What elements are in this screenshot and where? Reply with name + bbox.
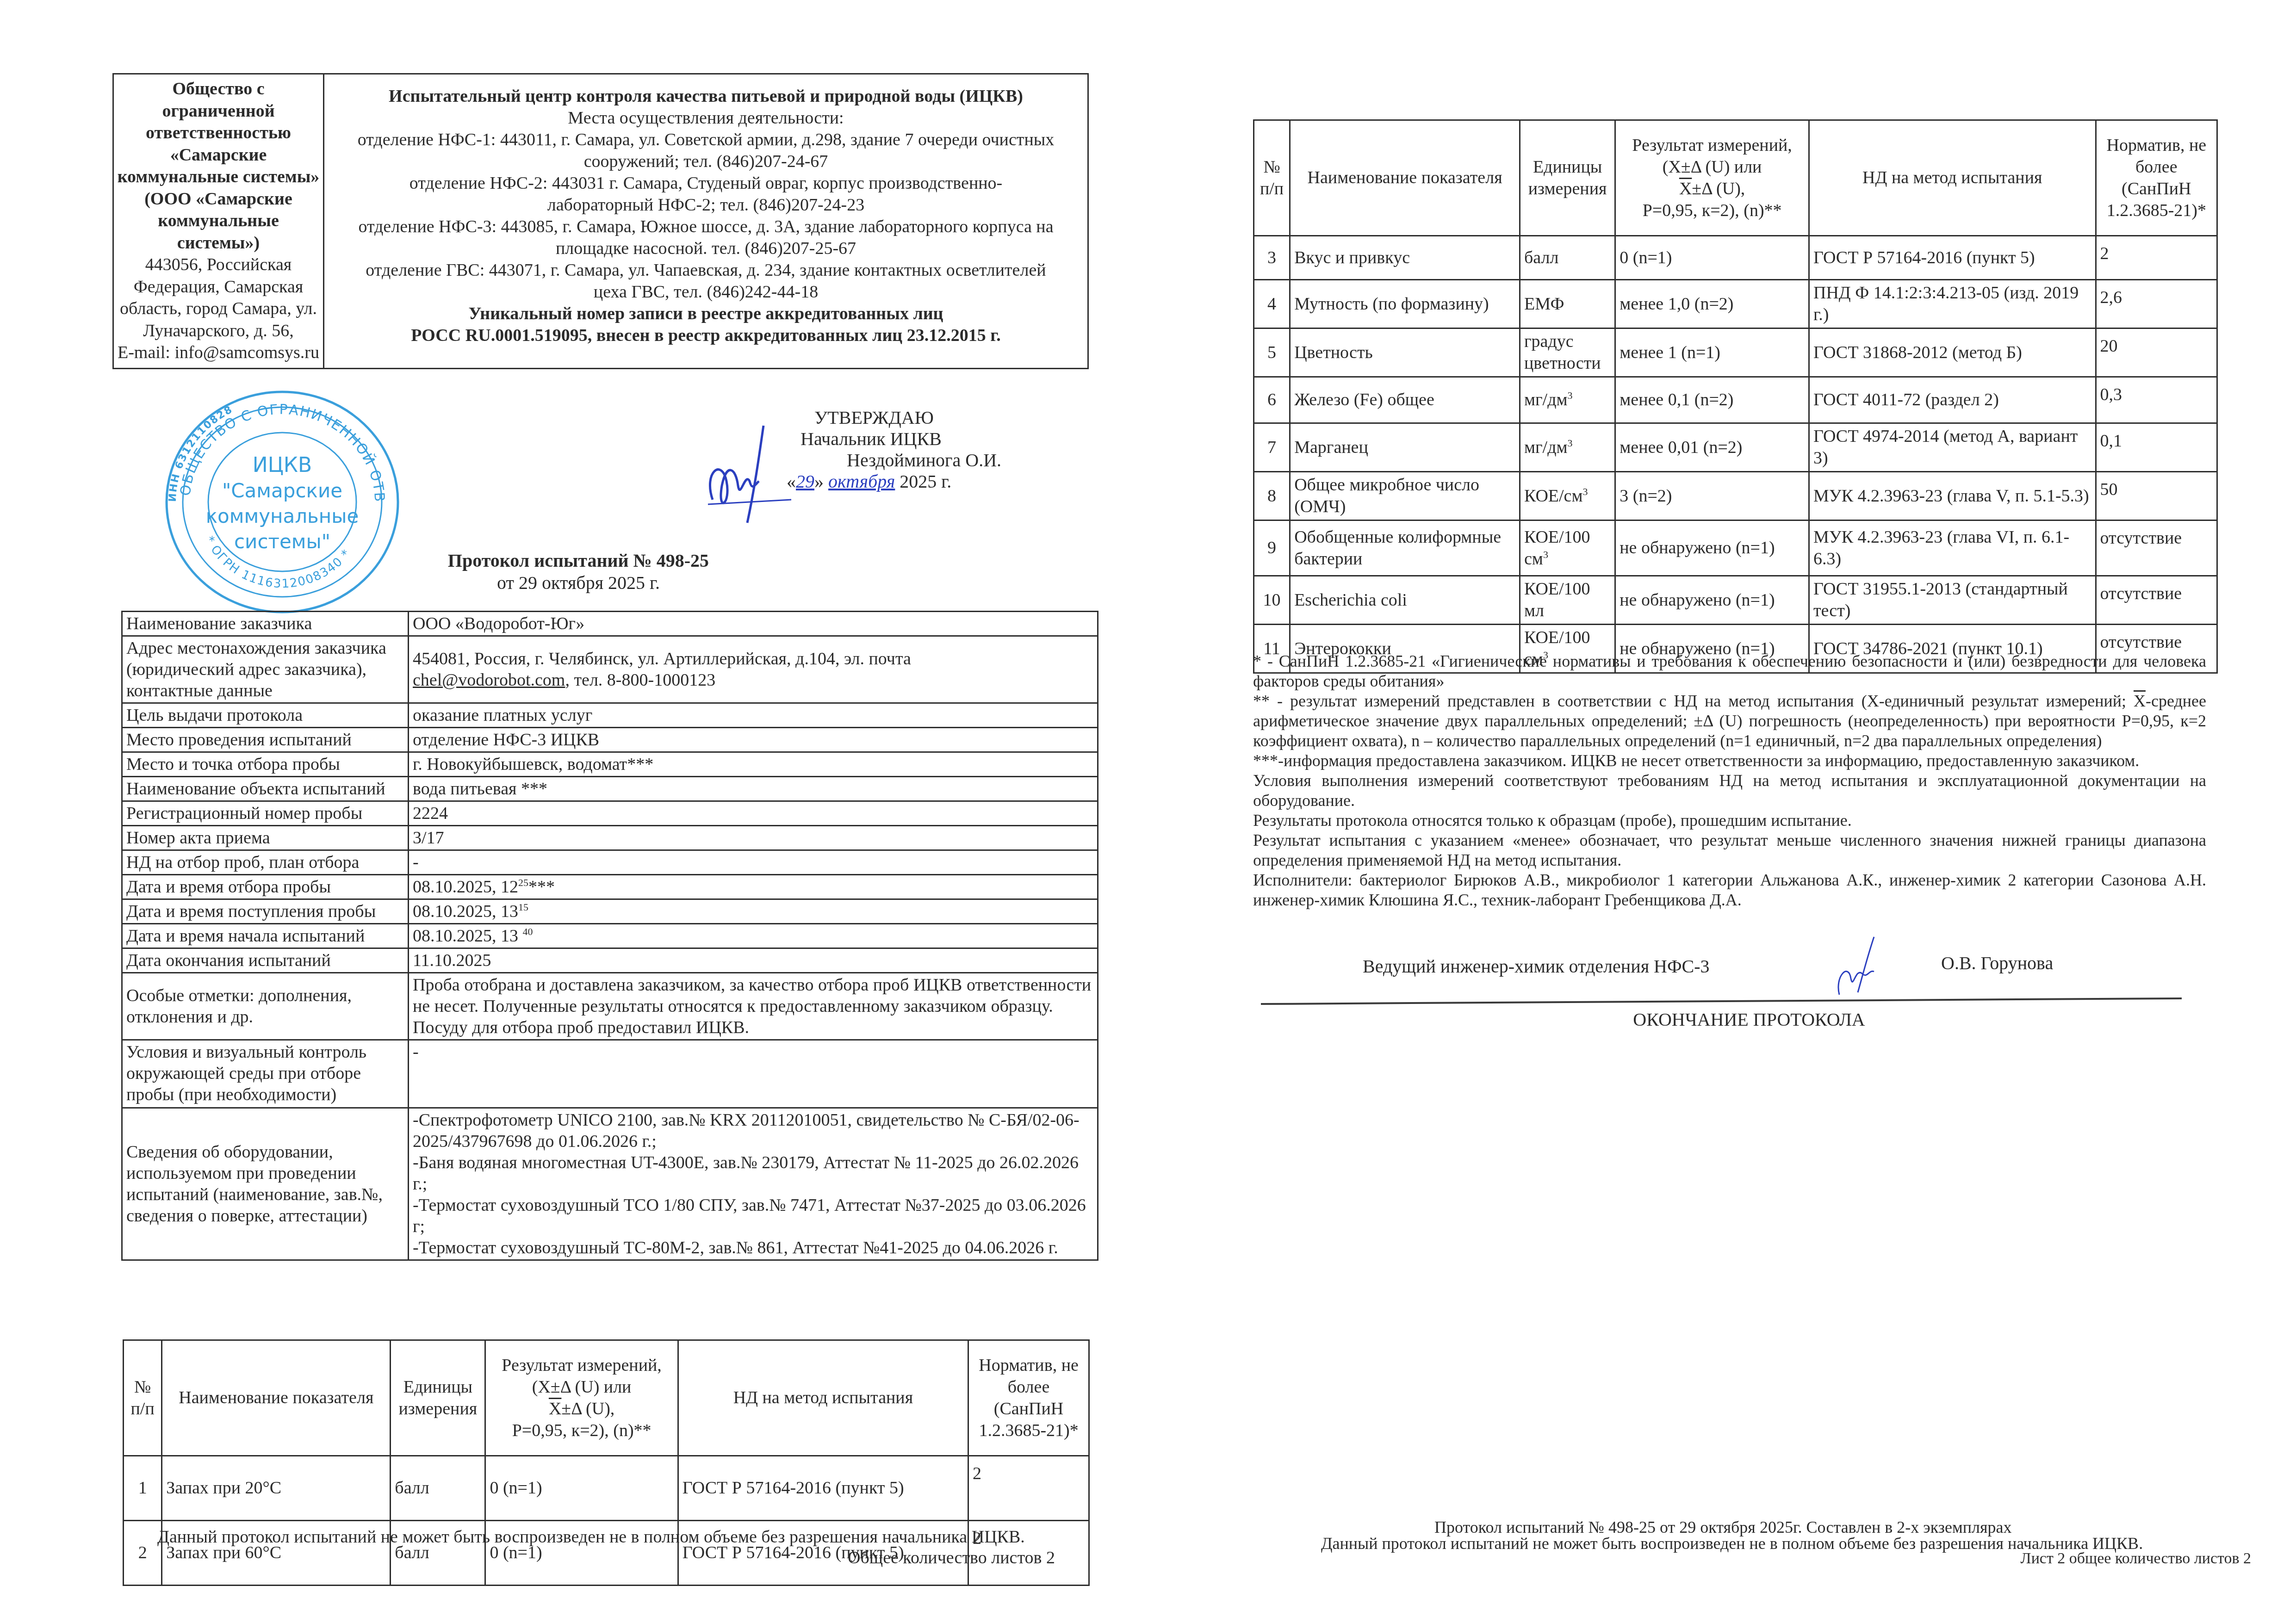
result: менее 1,0 (n=2) <box>1615 280 1809 328</box>
branch-nfs2: отделение НФС-2: 443031 г. Самара, Студе… <box>329 173 1083 216</box>
indicator-name: Марганец <box>1290 423 1520 472</box>
footnote-measurement: ** - результат измерений представлен в с… <box>1253 691 2206 751</box>
unit: градус цветности <box>1520 328 1615 377</box>
col-num: № п/п <box>1254 120 1290 236</box>
test-start-datetime: 08.10.2025, 13 40 <box>409 924 1098 948</box>
table-row: 7 Марганец мг/дм3 менее 0,01 (n=2) ГОСТ … <box>1254 423 2217 472</box>
table-row: Номер акта приема3/17 <box>122 826 1098 850</box>
table-row: Место проведения испытанийотделение НФС-… <box>122 728 1098 752</box>
organization-cell: Общество с ограниченной ответственностью… <box>113 74 324 369</box>
equipment-item: -Баня водяная многоместная UT-4300E, зав… <box>413 1152 1093 1195</box>
method: МУК 4.2.3963-23 (глава V, п. 5.1-5.3) <box>1809 472 2096 520</box>
info-value: - <box>409 1040 1098 1108</box>
result: 3 (n=2) <box>1615 472 1809 520</box>
org-name-line: Общество с <box>115 78 322 100</box>
org-address-line: Федерация, Самарская <box>115 276 322 298</box>
results-header-row: № п/п Наименование показателя Единицы из… <box>124 1340 1089 1456</box>
company-stamp: ИНН 6312110828 ОБЩЕСТВО С ОГРАНИЧЕННОЙ О… <box>162 389 403 615</box>
table-row: 1 Запах при 20°С балл 0 (n=1) ГОСТ Р 571… <box>124 1456 1089 1521</box>
table-row: Регистрационный номер пробы2224 <box>122 801 1098 826</box>
protocol-date: от 29 октября 2025 г. <box>416 572 740 594</box>
sample-reg-number: 2224 <box>409 801 1098 826</box>
org-name-line: (ООО «Самарские <box>115 188 322 211</box>
org-address-line: область, город Самара, ул. <box>115 298 322 320</box>
method: ГОСТ 4011-72 (раздел 2) <box>1809 377 2096 423</box>
stamp-seal-icon: ИНН 6312110828 ОБЩЕСТВО С ОГРАНИЧЕННОЙ О… <box>162 389 403 615</box>
org-email[interactable]: E-mail: info@samcomsys.ru <box>115 342 322 364</box>
reproduction-notice: Данный протокол испытаний не может быть … <box>157 1527 1036 1547</box>
protocol-title: Протокол испытаний № 498-25 <box>416 550 740 572</box>
date-open-quote: « <box>787 471 796 492</box>
approval-month: октября <box>828 471 895 492</box>
method: МУК 4.2.3963-23 (глава VI, п. 6.1-6.3) <box>1809 520 2096 576</box>
table-row: Дата и время поступления пробы08.10.2025… <box>122 899 1098 924</box>
svg-text:"Самарские: "Самарские <box>222 479 342 502</box>
table-row: Условия и визуальный контроль окружающей… <box>122 1040 1098 1108</box>
end-divider <box>1261 997 2182 1005</box>
method: ГОСТ Р 57164-2016 (пункт 5) <box>1809 236 2096 280</box>
equipment-item: -Термостат суховоздушный ТС-80М-2, зав.№… <box>413 1237 1093 1258</box>
method: ГОСТ 31955.1-2013 (стандартный тест) <box>1809 576 2096 625</box>
table-row: Наименование объекта испытанийвода питье… <box>122 777 1098 801</box>
svg-text:ИЦКВ: ИЦКВ <box>253 453 312 477</box>
table-row: Особые отметки: дополнения, отклонения и… <box>122 973 1098 1040</box>
info-key: Дата и время отбора пробы <box>122 875 409 899</box>
col-result: Результат измерений, (X±Δ (U) или X±Δ (U… <box>1615 120 1809 236</box>
footnote-sanpin: * - СанПиН 1.2.3685-21 «Гигиенические но… <box>1253 651 2206 691</box>
sampling-datetime: 08.10.2025, 1225*** <box>409 875 1098 899</box>
special-notes: Проба отобрана и доставлена заказчиком, … <box>409 973 1098 1040</box>
svg-text:коммунальные: коммунальные <box>206 505 359 527</box>
table-row: Дата и время начала испытаний08.10.2025,… <box>122 924 1098 948</box>
org-name-line: системы») <box>115 232 322 254</box>
info-value: вода питьевая *** <box>409 777 1098 801</box>
unit: балл <box>391 1456 485 1521</box>
equipment-item: -Спектрофотометр UNICO 2100, зав.№ KRX 2… <box>413 1109 1093 1152</box>
note-performers: Исполнители: бактериолог Бирюков А.В., м… <box>1253 870 2206 910</box>
test-end-date: 11.10.2025 <box>409 948 1098 973</box>
registry-line-2: РОСС RU.0001.519095, внесен в реестр акк… <box>329 325 1083 347</box>
customer-address: 454081, Россия, г. Челябинск, ул. Артилл… <box>409 636 1098 703</box>
table-row: 3 Вкус и привкус балл 0 (n=1) ГОСТ Р 571… <box>1254 236 2217 280</box>
table-row: 10 Escherichia coli КОЕ/100 мл не обнару… <box>1254 576 2217 625</box>
table-row: 9 Обобщенные колиформные бактерии КОЕ/10… <box>1254 520 2217 576</box>
branch-gvs: отделение ГВС: 443071, г. Самара, ул. Ча… <box>329 260 1083 303</box>
unit: балл <box>1520 236 1615 280</box>
org-name-line: «Самарские <box>115 144 322 167</box>
method: ГОСТ Р 57164-2016 (пункт 5) <box>678 1456 968 1521</box>
receipt-datetime: 08.10.2025, 1315 <box>409 899 1098 924</box>
norm: 50 <box>2096 472 2217 520</box>
org-address-line: Луначарского, д. 56, <box>115 320 322 342</box>
lab-info-cell: Испытательный центр контроля качества пи… <box>324 74 1088 369</box>
table-row: 8 Общее микробное число (ОМЧ) КОЕ/см3 3 … <box>1254 472 2217 520</box>
results-table-page2: № п/п Наименование показателя Единицы из… <box>1253 119 2218 674</box>
info-key: Место и точка отбора пробы <box>122 752 409 777</box>
protocol-heading: Протокол испытаний № 498-25 от 29 октябр… <box>416 550 740 594</box>
result: 0 (n=1) <box>485 1456 678 1521</box>
approval-block: УТВЕРЖДАЮ Начальник ИЦКВ Нездойминога О.… <box>787 407 1046 492</box>
info-key: Регистрационный номер пробы <box>122 801 409 826</box>
customer-email-link[interactable]: chel@vodorobot.com <box>413 670 565 690</box>
unit: КОЕ/100 см3 <box>1520 520 1615 576</box>
approval-day: 29 <box>796 471 814 492</box>
customer-name: ООО «Водоробот-Юг» <box>409 612 1098 636</box>
norm: 20 <box>2096 328 2217 377</box>
info-key: Особые отметки: дополнения, отклонения и… <box>122 973 409 1040</box>
col-norm: Норматив, не более (СанПиН 1.2.3685-21)* <box>2096 120 2217 236</box>
norm: отсутствие <box>2096 576 2217 625</box>
org-name-line: ограниченной <box>115 100 322 123</box>
note-results-scope: Результаты протокола относятся только к … <box>1253 811 2206 830</box>
info-key: Цель выдачи протокола <box>122 703 409 728</box>
info-key: Дата и время поступления пробы <box>122 899 409 924</box>
table-row: НД на отбор проб, план отбора- <box>122 850 1098 875</box>
table-row: Адрес местонахождения заказчика (юридиче… <box>122 636 1098 703</box>
table-row: Дата и время отбора пробы08.10.2025, 122… <box>122 875 1098 899</box>
customer-phone: , тел. 8-800-1000123 <box>565 670 715 690</box>
info-key: Дата окончания испытаний <box>122 948 409 973</box>
footnotes: * - СанПиН 1.2.3685-21 «Гигиенические но… <box>1253 651 2206 910</box>
unit: КОЕ/см3 <box>1520 472 1615 520</box>
approval-label: УТВЕРЖДАЮ <box>787 407 1046 428</box>
unit: ЕМФ <box>1520 280 1615 328</box>
results-header-row: № п/п Наименование показателя Единицы из… <box>1254 120 2217 236</box>
col-name: Наименование показателя <box>162 1340 391 1456</box>
table-row: Дата окончания испытаний11.10.2025 <box>122 948 1098 973</box>
indicator-name: Вкус и привкус <box>1290 236 1520 280</box>
norm: 2 <box>968 1456 1089 1521</box>
lab-subtitle: Места осуществления деятельности: <box>329 107 1083 129</box>
info-value: г. Новокуйбышевск, водомат*** <box>409 752 1098 777</box>
unit: мг/дм3 <box>1520 423 1615 472</box>
svg-text:системы": системы" <box>234 530 330 553</box>
sample-info-table: Наименование заказчикаООО «Водоробот-Юг»… <box>121 611 1098 1261</box>
norm: отсутствие <box>2096 520 2217 576</box>
col-result: Результат измерений, (X±Δ (U) или X±Δ (U… <box>485 1340 678 1456</box>
info-value: отделение НФС-3 ИЦКВ <box>409 728 1098 752</box>
norm: 0,3 <box>2096 377 2217 423</box>
equipment-list: -Спектрофотометр UNICO 2100, зав.№ KRX 2… <box>409 1108 1098 1260</box>
info-value: - <box>409 850 1098 875</box>
table-row: Цель выдачи протоколаоказание платных ус… <box>122 703 1098 728</box>
norm: 0,1 <box>2096 423 2217 472</box>
lab-title: Испытательный центр контроля качества пи… <box>329 86 1083 107</box>
org-name-line: коммунальные системы» <box>115 166 322 188</box>
unit: КОЕ/100 мл <box>1520 576 1615 625</box>
result: 0 (n=1) <box>1615 236 1809 280</box>
engineer-signature <box>1830 935 1895 999</box>
unit: мг/дм3 <box>1520 377 1615 423</box>
approval-year: 2025 г. <box>900 471 951 492</box>
info-key: Адрес местонахождения заказчика (юридиче… <box>122 636 409 703</box>
col-num: № п/п <box>124 1340 162 1456</box>
norm: 2,6 <box>2096 280 2217 328</box>
info-key: Наименование объекта испытаний <box>122 777 409 801</box>
indicator-name: Мутность (по формазину) <box>1290 280 1520 328</box>
indicator-name: Обобщенные колиформные бактерии <box>1290 520 1520 576</box>
footnote-customer-info: ***-информация предоставлена заказчиком.… <box>1253 751 2206 771</box>
signer-name: О.В. Горунова <box>1941 952 2053 974</box>
result: менее 0,1 (n=2) <box>1615 377 1809 423</box>
table-row: 6 Железо (Fe) общее мг/дм3 менее 0,1 (n=… <box>1254 377 2217 423</box>
note-less-than: Результат испытания с указанием «менее» … <box>1253 830 2206 870</box>
act-number: 3/17 <box>409 826 1098 850</box>
end-of-protocol-label: ОКОНЧАНИЕ ПРОТОКОЛА <box>1610 1009 1888 1030</box>
info-key: Дата и время начала испытаний <box>122 924 409 948</box>
header-table: Общество с ограниченной ответственностью… <box>112 73 1089 369</box>
table-row: Сведения об оборудовании, используемом п… <box>122 1108 1098 1260</box>
result: не обнаружено (n=1) <box>1615 576 1809 625</box>
branch-nfs1: отделение НФС-1: 443011, г. Самара, ул. … <box>329 129 1083 173</box>
equipment-item: -Термостат суховоздушный ТСО 1/80 СПУ, з… <box>413 1195 1093 1237</box>
table-row: 4 Мутность (по формазину) ЕМФ менее 1,0 … <box>1254 280 2217 328</box>
info-key: Номер акта приема <box>122 826 409 850</box>
table-row: Место и точка отбора пробыг. Новокуйбыше… <box>122 752 1098 777</box>
norm: 2 <box>2096 236 2217 280</box>
table-row: 5 Цветность градус цветности менее 1 (n=… <box>1254 328 2217 377</box>
indicator-name: Цветность <box>1290 328 1520 377</box>
info-key: Сведения об оборудовании, используемом п… <box>122 1108 409 1260</box>
indicator-name: Запах при 20°С <box>162 1456 391 1521</box>
approver-position: Начальник ИЦКВ <box>787 428 1046 450</box>
indicator-name: Общее микробное число (ОМЧ) <box>1290 472 1520 520</box>
org-name-line: коммунальные <box>115 210 322 232</box>
indicator-name: Escherichia coli <box>1290 576 1520 625</box>
col-method: НД на метод испытания <box>678 1340 968 1456</box>
col-name: Наименование показателя <box>1290 120 1520 236</box>
info-key: Условия и визуальный контроль окружающей… <box>122 1040 409 1108</box>
col-unit: Единицы измерения <box>1520 120 1615 236</box>
method: ГОСТ 31868-2012 (метод Б) <box>1809 328 2096 377</box>
table-row: Наименование заказчикаООО «Водоробот-Юг» <box>122 612 1098 636</box>
note-conditions: Условия выполнения измерений соответству… <box>1253 771 2206 811</box>
branch-nfs3: отделение НФС-3: 443085, г. Самара, Южно… <box>329 216 1083 260</box>
col-unit: Единицы измерения <box>391 1340 485 1456</box>
indicator-name: Железо (Fe) общее <box>1290 377 1520 423</box>
org-address-line: 443056, Российская <box>115 254 322 276</box>
registry-line-1: Уникальный номер записи в реестре аккред… <box>329 303 1083 325</box>
signer-position: Ведущий инженер-химик отделения НФС-3 <box>1363 955 2242 977</box>
result: менее 1 (n=1) <box>1615 328 1809 377</box>
signature-icon <box>1830 935 1895 999</box>
method: ГОСТ 4974-2014 (метод А, вариант 3) <box>1809 423 2096 472</box>
col-norm: Норматив, не более (СанПиН 1.2.3685-21)* <box>968 1340 1089 1456</box>
sheet-count: Лист 2 общее количество листов 2 <box>1973 1550 2251 1567</box>
info-key: Место проведения испытаний <box>122 728 409 752</box>
info-key: НД на отбор проб, план отбора <box>122 850 409 875</box>
result: не обнаружено (n=1) <box>1615 520 1809 576</box>
info-key: Наименование заказчика <box>122 612 409 636</box>
col-method: НД на метод испытания <box>1809 120 2096 236</box>
info-value: оказание платных услуг <box>409 703 1098 728</box>
approver-name: Нездойминога О.И. <box>787 450 1046 471</box>
org-name-line: ответственностью <box>115 122 322 144</box>
method: ПНД Ф 14.1:2:3:4.213-05 (изд. 2019 г.) <box>1809 280 2096 328</box>
result: менее 0,01 (n=2) <box>1615 423 1809 472</box>
sheet-count: Общее количество листов 2 <box>814 1548 1055 1568</box>
